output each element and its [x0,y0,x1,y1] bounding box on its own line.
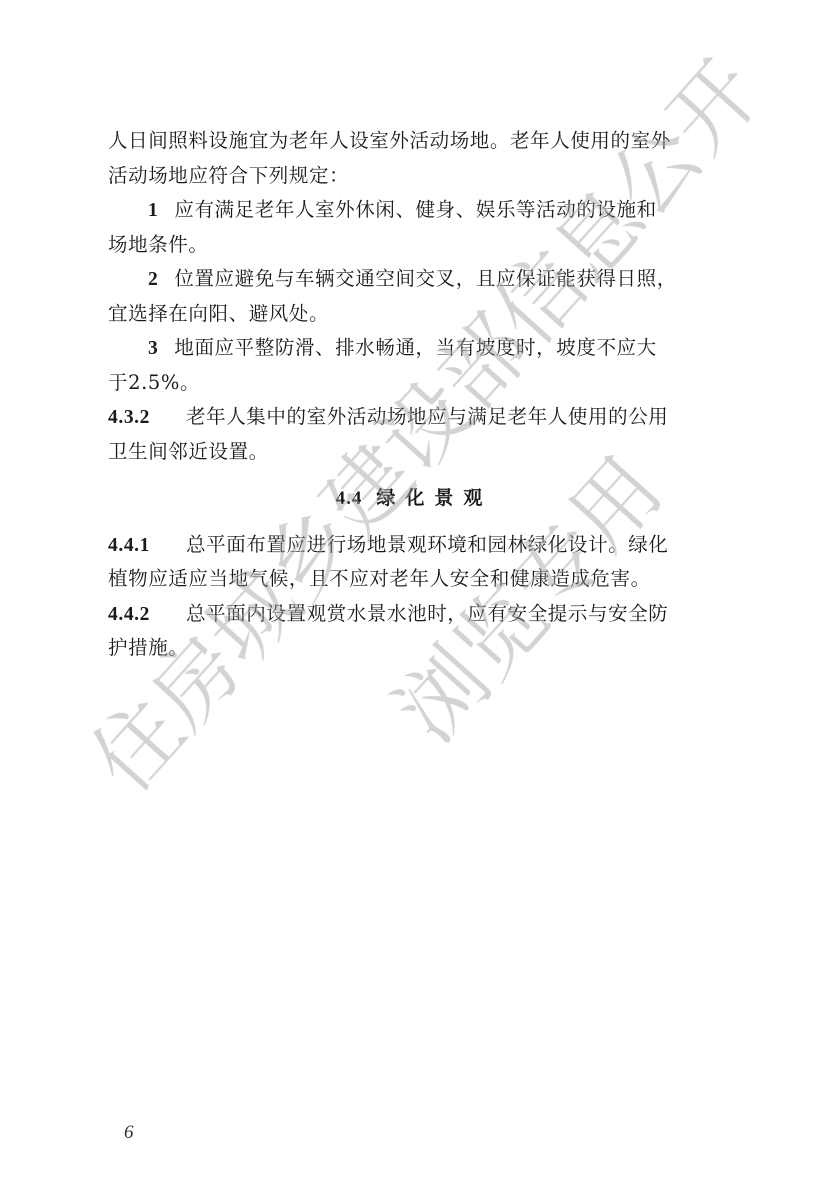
text-line: 护措施。 [108,631,720,666]
section-number: 4.4 [336,488,363,509]
clause-number: 4.4.1 [108,529,186,564]
document-page: 人日间照料设施宜为老年人设室外活动场地。老年人使用的室外 活动场地应符合下列规定… [0,0,827,1198]
section-title-text: 绿化景观 [376,487,492,509]
item-number: 3 [148,338,158,359]
clause-4-4-2: 4.4.2总平面内设置观赏水景水池时，应有安全提示与安全防 [108,597,720,632]
text-line: 于2.5%。 [108,366,720,401]
clause-text: 老年人集中的室外活动场地应与满足老年人使用的公用 [186,405,668,428]
text-line: 人日间照料设施宜为老年人设室外活动场地。老年人使用的室外 [108,124,720,159]
clause-4-4-1: 4.4.1总平面布置应进行场地景观环境和园林绿化设计。绿化 [108,528,720,563]
list-item-1: 1应有满足老年人室外休闲、健身、娱乐等活动的设施和 [108,193,720,228]
item-text: 地面应平整防滑、排水畅通，当有坡度时，坡度不应大 [174,336,656,359]
text-line: 活动场地应符合下列规定： [108,159,720,194]
clause-text: 总平面布置应进行场地景观环境和园林绿化设计。绿化 [186,533,668,556]
text-line: 卫生间邻近设置。 [108,435,720,470]
clause-4-3-2: 4.3.2老年人集中的室外活动场地应与满足老年人使用的公用 [108,400,720,435]
section-heading: 4.4绿化景观 [108,481,720,516]
list-item-2: 2位置应避免与车辆交通空间交叉，且应保证能获得日照， [108,262,720,297]
page-content: 人日间照料设施宜为老年人设室外活动场地。老年人使用的室外 活动场地应符合下列规定… [108,124,720,666]
clause-text: 总平面内设置观赏水景水池时，应有安全提示与安全防 [186,602,668,625]
item-number: 1 [148,200,158,221]
clause-number: 4.3.2 [108,401,186,436]
list-item-3: 3地面应平整防滑、排水畅通，当有坡度时，坡度不应大 [108,331,720,366]
page-number: 6 [124,1122,134,1144]
item-text: 应有满足老年人室外休闲、健身、娱乐等活动的设施和 [174,198,656,221]
item-text: 位置应避免与车辆交通空间交叉，且应保证能获得日照， [174,267,677,290]
text-line: 宜选择在向阳、避风处。 [108,297,720,332]
item-number: 2 [148,269,158,290]
text-line: 场地条件。 [108,228,720,263]
text-line: 植物应适应当地气候，且不应对老年人安全和健康造成危害。 [108,562,720,597]
clause-number: 4.4.2 [108,598,186,633]
